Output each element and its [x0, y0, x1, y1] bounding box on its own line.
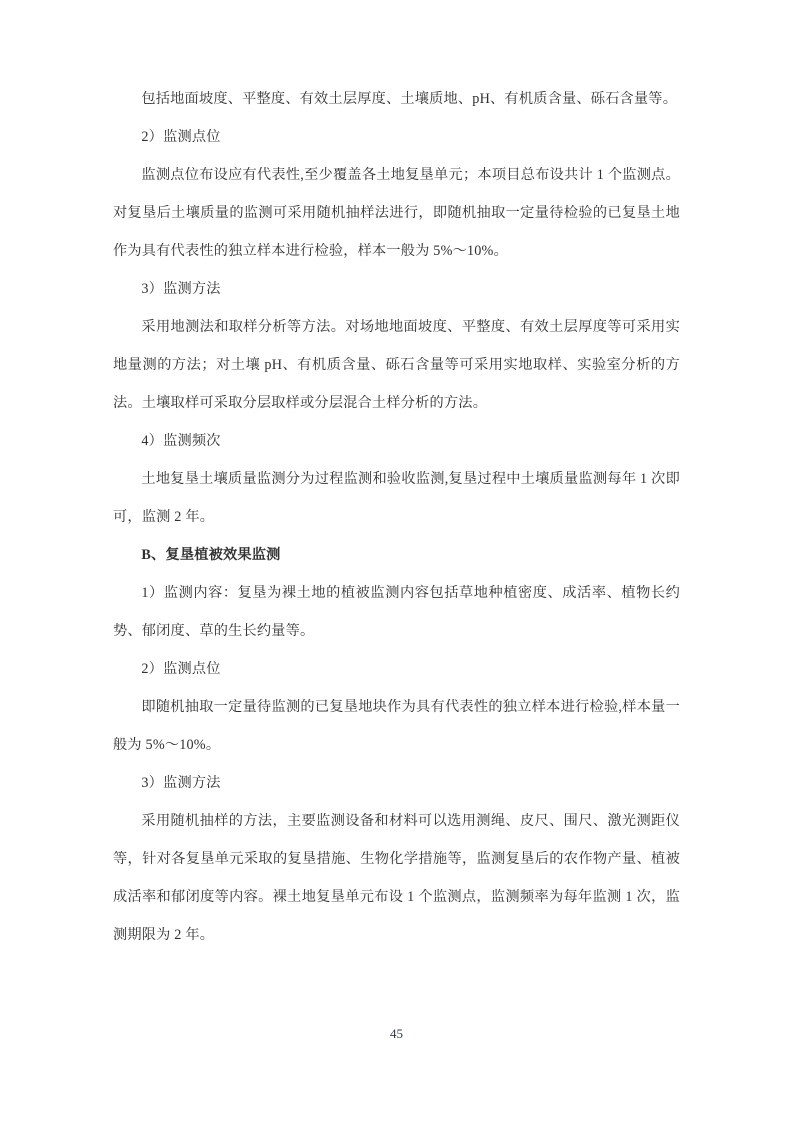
page-number: 45 — [0, 1024, 793, 1044]
para-soil-monitoring-content-cont: 包括地面坡度、平整度、有效土层厚度、土壤质地、pH、有机质含量、砾石含量等。 — [113, 80, 680, 118]
document-page: 包括地面坡度、平整度、有效土层厚度、土壤质地、pH、有机质含量、砾石含量等。 2… — [0, 0, 793, 1121]
para-monitoring-content-vegetation: 1）监测内容：复垦为裸土地的植被监测内容包括草地种植密度、成活率、植物长约势、郁… — [113, 574, 680, 650]
para-monitoring-method-vegetation: 采用随机抽样的方法，主要监测设备和材料可以选用测绳、皮尺、围尺、激光测距仪等，针… — [113, 802, 680, 954]
page-body-text: 包括地面坡度、平整度、有效土层厚度、土壤质地、pH、有机质含量、砾石含量等。 2… — [113, 80, 680, 954]
heading-vegetation-effect-monitoring: B、复垦植被效果监测 — [113, 536, 680, 574]
subhead-monitoring-method-vegetation: 3）监测方法 — [113, 764, 680, 802]
para-monitoring-method-soil: 采用地测法和取样分析等方法。对场地地面坡度、平整度、有效土层厚度等可采用实地量测… — [113, 308, 680, 422]
subhead-monitoring-method-soil: 3）监测方法 — [113, 270, 680, 308]
subhead-monitoring-points-vegetation: 2）监测点位 — [113, 650, 680, 688]
para-monitoring-points-vegetation: 即随机抽取一定量待监测的已复垦地块作为具有代表性的独立样本进行检验,样本量一般为… — [113, 688, 680, 764]
para-monitoring-frequency: 土地复垦土壤质量监测分为过程监测和验收监测,复垦过程中土壤质量监测每年 1 次即… — [113, 460, 680, 536]
para-monitoring-points-soil: 监测点位布设应有代表性,至少覆盖各土地复垦单元；本项目总布设共计 1 个监测点。… — [113, 156, 680, 270]
subhead-monitoring-frequency: 4）监测频次 — [113, 422, 680, 460]
subhead-monitoring-points-soil: 2）监测点位 — [113, 118, 680, 156]
